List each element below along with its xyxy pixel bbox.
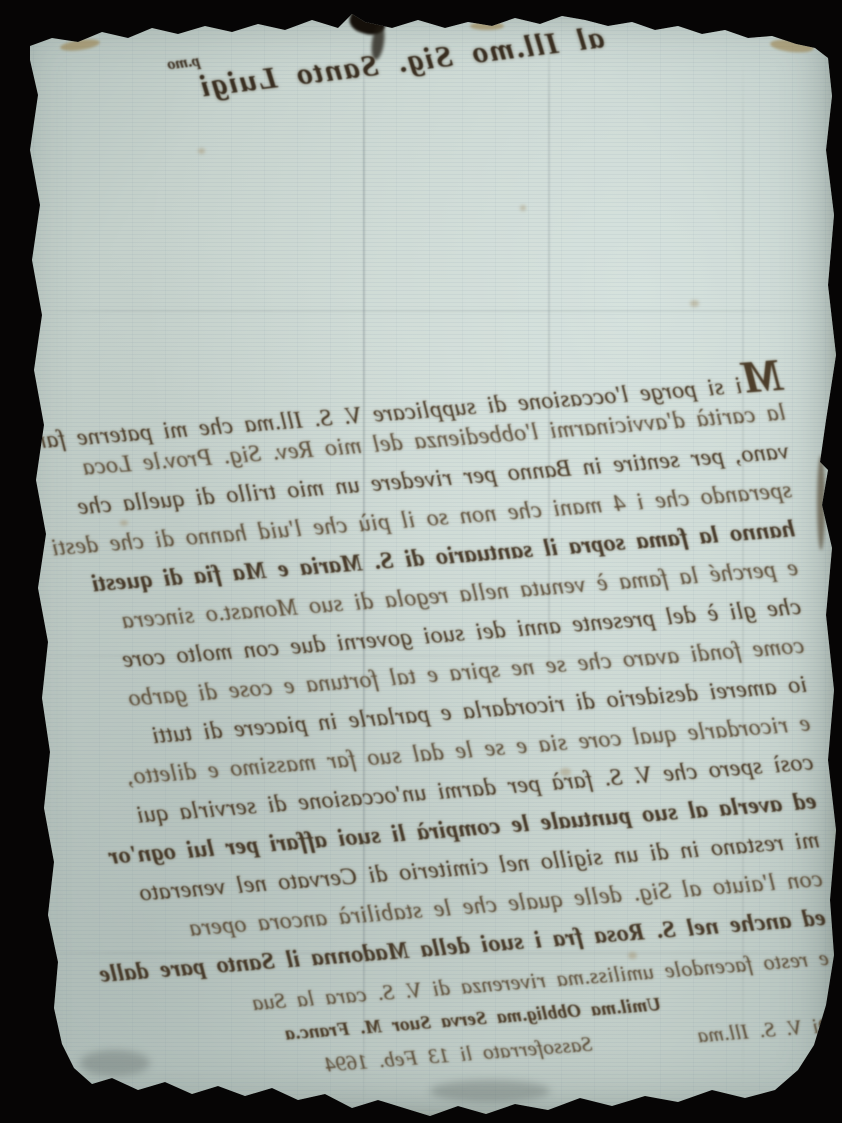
foxing-spot [690, 300, 699, 307]
horizontal-fold-crease [40, 310, 830, 312]
foxing-spot [520, 205, 526, 211]
edge-discoloration [59, 37, 100, 52]
scan-photograph: al Ill.mo Sig. Santo Luigi p.mo Mi si po… [0, 0, 842, 1123]
header-text: al Ill.mo Sig. Santo Luigi [197, 19, 606, 104]
edge-discoloration [800, 1075, 836, 1089]
letter-sheet: al Ill.mo Sig. Santo Luigi p.mo Mi si po… [0, 0, 842, 1123]
edge-discoloration [769, 38, 814, 55]
header-inscription: al Ill.mo Sig. Santo Luigi p.mo [154, 1, 617, 173]
body-text: Mi si porge l'occasione di supplicare V.… [9, 355, 836, 1120]
edge-tear [817, 455, 825, 550]
header-superscript: p.mo [166, 53, 200, 75]
